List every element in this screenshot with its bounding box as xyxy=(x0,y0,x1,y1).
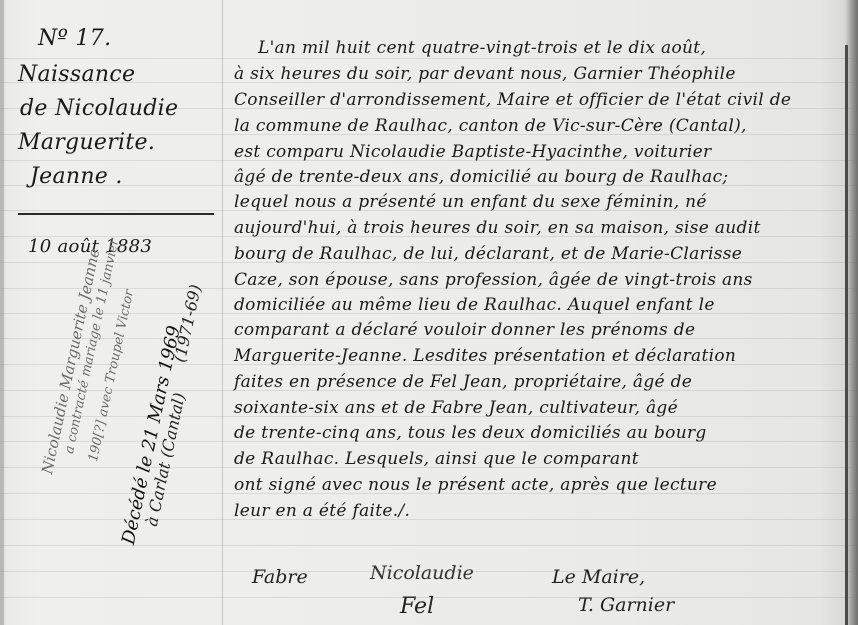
record-title-line: Jeanne . xyxy=(30,164,123,189)
body-line: Caze, son épouse, sans profession, âgée … xyxy=(234,270,753,290)
body-line: est comparu Nicolaudie Baptiste-Hyacinth… xyxy=(234,142,711,162)
record-title-line: Naissance xyxy=(18,62,135,87)
record-title-line: de Nicolaudie xyxy=(20,96,178,121)
signature-fel: Fel xyxy=(400,594,434,619)
signature-nicolaudie: Nicolaudie xyxy=(370,562,474,584)
record-title-line: Marguerite. xyxy=(18,130,155,155)
body-line: la commune de Raulhac, canton de Vic-sur… xyxy=(234,116,747,136)
ruled-line xyxy=(0,58,858,59)
body-line: bourg de Raulhac, de lui, déclarant, et … xyxy=(234,244,742,264)
body-line: de trente-cinq ans, tous les deux domici… xyxy=(234,423,707,443)
body-line: faites en présence de Fel Jean, propriét… xyxy=(234,372,692,392)
signature-fabre: Fabre xyxy=(252,566,308,588)
title-divider xyxy=(18,213,214,215)
body-line: leur en a été faite./. xyxy=(234,501,410,521)
signature-garnier: T. Garnier xyxy=(578,594,674,616)
body-line: comparant a déclaré vouloir donner les p… xyxy=(234,320,695,340)
record-number: Nº 17. xyxy=(38,26,111,51)
ruled-line xyxy=(0,545,858,546)
margin-note-death-ref: (1971-69) xyxy=(170,283,205,364)
body-line: L'an mil huit cent quatre-vingt-trois et… xyxy=(258,38,706,58)
body-line: âgé de trente-deux ans, domicilié au bou… xyxy=(234,167,728,187)
body-line: ont signé avec nous le présent acte, apr… xyxy=(234,475,717,495)
scanned-register-page: Nº 17. Naissance de Nicolaudie Marguerit… xyxy=(0,0,858,625)
mayor-label: Le Maire, xyxy=(552,566,645,588)
body-line: lequel nous a présenté un enfant du sexe… xyxy=(234,192,707,212)
body-line: aujourd'hui, à trois heures du soir, en … xyxy=(234,218,761,238)
page-binding-edge xyxy=(845,45,848,625)
body-line: Conseiller d'arrondissement, Maire et of… xyxy=(234,90,791,110)
margin-rule xyxy=(222,0,223,625)
body-line: Marguerite-Jeanne. Lesdites présentation… xyxy=(234,346,736,366)
body-line: domiciliée au même lieu de Raulhac. Auqu… xyxy=(234,295,715,315)
body-line: soixante-six ans et de Fabre Jean, culti… xyxy=(234,398,678,418)
body-line: de Raulhac. Lesquels, ainsi que le compa… xyxy=(234,449,639,469)
body-line: à six heures du soir, par devant nous, G… xyxy=(234,64,736,84)
